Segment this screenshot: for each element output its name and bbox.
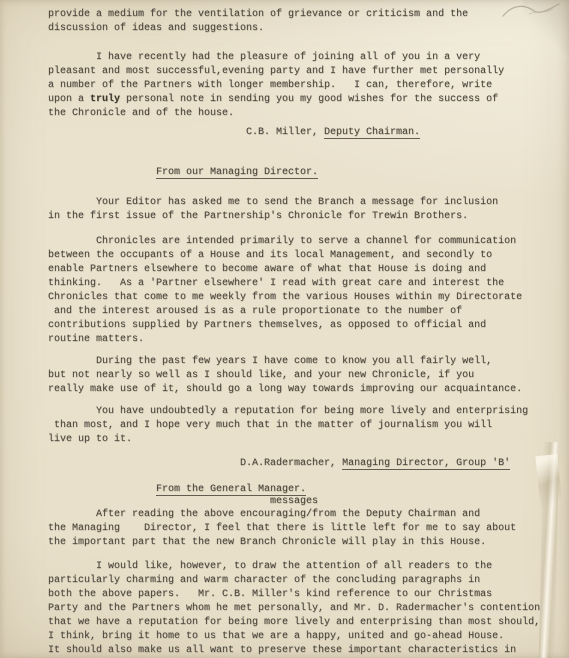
text-line: Your Editor has asked me to send the Bra… <box>48 196 567 210</box>
text-line: thinking. As a 'Partner elsewhere' I rea… <box>48 277 567 291</box>
text-line: in the first issue of the Partnership's … <box>48 210 567 224</box>
text-line: I think, bring it home to us that we are… <box>48 630 567 644</box>
text-line: I would like, however, to draw the atten… <box>48 560 567 574</box>
inserted-word-messages: messages <box>48 495 567 509</box>
text-line: particularly charming and warm character… <box>48 574 567 588</box>
text-line: pleasant and most successful,evening par… <box>48 65 567 79</box>
text-line: both the above papers. Mr. C.B. Miller's… <box>48 588 567 602</box>
text-line: provide a medium for the ventilation of … <box>48 8 567 22</box>
text-line: upon a truly personal note in sending yo… <box>48 93 567 107</box>
text-line: discussion of ideas and suggestions. <box>48 22 567 36</box>
text-line: than most, and I hope very much that in … <box>48 419 567 433</box>
text-line: contributions supplied by Partners thems… <box>48 319 567 333</box>
text-line: routine matters. <box>48 333 567 347</box>
text-line: enable Partners elsewhere to become awar… <box>48 263 567 277</box>
text-line: really make use of it, should go a long … <box>48 383 567 397</box>
text-line: I have recently had the pleasure of join… <box>48 51 567 65</box>
text-line: the Chronicle and of the house. <box>48 107 567 121</box>
text-line: a number of the Partners with longer mem… <box>48 79 567 93</box>
text-line: the important part that the new Branch C… <box>48 536 567 550</box>
text-line: Party and the Partners whom he met perso… <box>48 602 567 616</box>
text-line: Chronicles are intended primarily to ser… <box>48 235 567 249</box>
document-page: provide a medium for the ventilation of … <box>0 0 569 658</box>
text-line: It should also make us all want to prese… <box>48 644 567 658</box>
text-line: that we have a reputation for being more… <box>48 616 567 630</box>
heading-managing-director: From our Managing Director. <box>48 166 567 180</box>
text-line: between the occupants of a House and its… <box>48 249 567 263</box>
text-line: the Managing Director, I feel that there… <box>48 522 567 536</box>
text-line: and the interest aroused is as a rule pr… <box>48 305 567 319</box>
text-line: live up to it. <box>48 433 567 447</box>
text-line: You have undoubtedly a reputation for be… <box>48 405 567 419</box>
signature-managing-director: D.A.Radermacher, Managing Director, Grou… <box>48 457 567 471</box>
text-line: but not nearly so well as I should like,… <box>48 369 567 383</box>
letter-body: provide a medium for the ventilation of … <box>48 8 567 658</box>
text-line: During the past few years I have come to… <box>48 355 567 369</box>
text-line: After reading the above encouraging/from… <box>48 508 567 522</box>
text-line: Chronicles that come to me weekly from t… <box>48 291 567 305</box>
signature-deputy-chairman: C.B. Miller, Deputy Chairman. <box>48 126 567 140</box>
